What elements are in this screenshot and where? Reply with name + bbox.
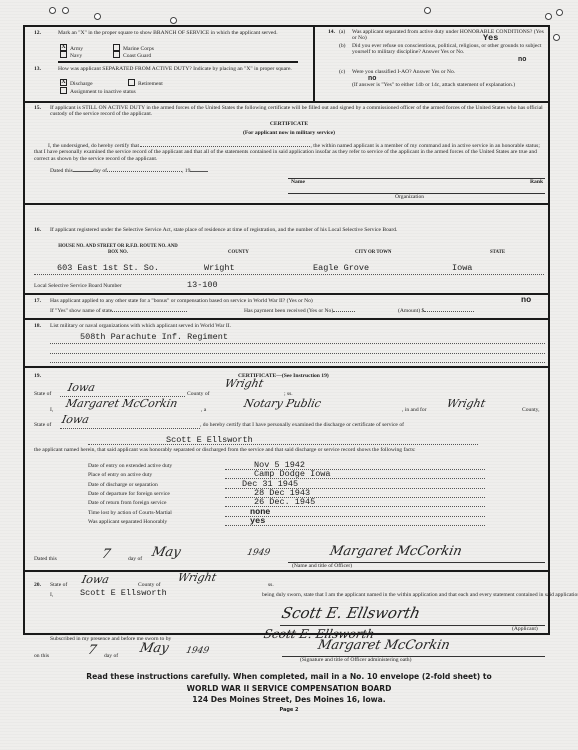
item14c-label: (c) [339,69,345,75]
item20-ss: ss. [268,582,274,588]
fact-label: Date of entry on extended active duty [88,463,172,469]
checkbox-navy[interactable] [60,51,67,58]
item14b-label: (b) [339,43,346,49]
item20-day-of: day of [104,653,118,659]
item15-rank-label: Rank [530,179,543,185]
item16-board-number[interactable]: 13-100 [187,280,218,290]
item19-state2-label: State of [34,422,51,428]
fact-label: Place of entry on active duty [88,472,152,478]
item19-i-label: I, [50,407,53,413]
item19-state[interactable]: Iowa [67,381,97,394]
item18-answer[interactable]: 508th Parachute Inf. Regiment [80,332,228,342]
item15-cert-title: CERTIFICATE [0,121,578,127]
item20-state-label: State of [50,582,67,588]
item20-number: 20. [34,582,41,588]
item15-member-name-field[interactable] [140,146,310,147]
item17-payment: Has payment been received (Yes or No) [244,308,355,314]
punch-hole [556,9,563,16]
item19-a-label: , a [201,407,206,413]
item20-applicant-caption: (Applicant) [512,626,538,632]
item20-day[interactable]: 7 [86,643,97,658]
item20-year[interactable]: 1949 [185,646,210,656]
checkbox-retirement[interactable] [128,79,135,86]
item17-amount-field[interactable] [424,311,474,312]
item19-month[interactable]: May [150,545,182,560]
item17-state-field[interactable] [112,311,187,312]
checkbox-discharge[interactable]: X [60,79,67,86]
document-page: 12. Mark an "X" in the proper square to … [0,0,578,750]
item17-number: 17. [34,298,41,304]
item17-payment-field[interactable] [333,311,355,312]
item12-number: 12. [34,30,41,36]
item15-cert-subtitle: (For applicant now in military service) [0,130,578,136]
punch-hole [94,13,101,20]
footer-instructions: Read these instructions carefully. When … [0,672,578,681]
item13-option-retirement[interactable]: Retirement [128,80,163,87]
item17-answer[interactable]: no [521,295,531,305]
item14-note: (If answer is "Yes" to either 14b or 14c… [352,82,547,88]
punch-hole [545,13,552,20]
item15-month-field[interactable] [107,171,182,172]
fact-label: Date of departure for foreign service [88,491,170,497]
item13-option-inactive[interactable]: Assignment to inactive status [60,88,136,95]
item15-dated: Dated thisday of, 19 [50,168,208,174]
item20-applicant-signature[interactable]: Scott E. Ellsworth [280,604,422,622]
item19-certify-text: , do hereby certify that I have personal… [200,422,404,428]
item14b-answer[interactable]: no [518,56,526,64]
punch-hole [170,17,177,24]
item15-day-field[interactable] [73,171,93,172]
punch-hole [49,7,56,14]
item13-number: 13. [34,66,41,72]
item19-dated-label: Dated this [34,556,57,562]
item19-county[interactable]: Wright [224,377,265,390]
item16-state[interactable]: Iowa [452,263,472,273]
punch-hole [553,34,560,41]
item16-number: 16. [34,227,41,233]
item16-col-county: COUNTY [228,250,249,256]
item14a-answer[interactable]: Yes [483,33,498,43]
item20-sworn-text-1: being duly sworn, state that I am the ap… [262,592,578,598]
item20-county[interactable]: Wright [177,571,218,584]
item19-state-label: State of [34,391,51,397]
item14b-text: Did you ever refuse on conscientious, po… [352,43,547,56]
item19-in-and-for: , in and for [402,407,427,413]
item15-name-label: Name [291,179,305,185]
item12-question: Mark an "X" in the proper square to show… [58,30,293,36]
item20-officer-signature[interactable]: Margaret McCorkin [316,638,451,653]
item15-intro: If applicant is STILL ON ACTIVE DUTY in … [50,105,545,118]
item18-question: List military or naval organizations wit… [50,323,231,329]
item14c-text: Were you classified I-AO? Answer Yes or … [352,69,547,75]
checkbox-coast-guard[interactable] [113,51,120,58]
item12-option-coast-guard[interactable]: Coast Guard [113,52,151,59]
item12-option-navy[interactable]: Navy [60,52,82,59]
item16-col-house: HOUSE NO. AND STREET OR R.F.D. ROUTE NO.… [58,244,178,255]
item13-question: How was applicant SEPARATED FROM ACTIVE … [58,66,298,72]
fact-label: Date of discharge or separation [88,482,158,488]
item19-number: 19. [34,373,41,379]
item14a-text: Was applicant separated from active duty… [352,29,547,42]
item16-col-state: STATE [490,250,505,256]
item19-county-label: County of [187,391,210,397]
item19-officer-name[interactable]: Margaret McCorkin [65,397,179,410]
item19-officer-title[interactable]: Notary Public [243,397,323,410]
footer-address: 124 Des Moines Street, Des Moines 16, Io… [0,695,578,704]
item20-on-this: on this [34,653,49,659]
item16-city[interactable]: Eagle Grove [313,263,369,273]
item16-board-label: Local Selective Service Board Number [34,283,122,289]
fact-label: Time lost by action of Courts-Martial [88,510,172,516]
item15-organization-label: Organization [395,194,424,200]
item19-day-of: day of [128,556,142,562]
footer-page: Page 2 [0,707,578,713]
item14a-label: (a) [339,29,345,35]
item17-amount: (Amount) $ [398,308,474,314]
item19-year[interactable]: 1949 [246,548,271,558]
fact-label: Date of return from foreign service [88,500,166,506]
checkbox-inactive-status[interactable] [60,87,67,94]
footer-board: WORLD WAR II SERVICE COMPENSATION BOARD [0,684,578,693]
item16-col-city: CITY OR TOWN [355,250,391,256]
item19-signature[interactable]: Margaret McCorkin [328,544,463,559]
item15-year-field[interactable] [190,171,208,172]
item18-number: 18. [34,323,41,329]
item16-question: If applicant registered under the Select… [50,227,545,233]
punch-hole [424,7,431,14]
item19-in-county[interactable]: Wright [446,397,487,410]
item16-county[interactable]: Wright [204,263,235,273]
item20-state[interactable]: Iowa [81,573,111,586]
item20-applicant-name[interactable]: Scott E Ellsworth [80,588,167,598]
fact-label: Was applicant separated Honorably [88,519,167,525]
item20-month[interactable]: May [138,641,170,656]
item20-i-label: I, [50,592,53,598]
item15-number: 15. [34,105,41,111]
item16-house[interactable]: 603 East 1st St. So. [57,263,159,273]
item19-state2[interactable]: Iowa [61,413,91,426]
item15-cert-text: I, the undersigned, do hereby certify th… [34,143,545,162]
item17-if-yes: If "Yes" show name of state [50,308,187,314]
item19-honorably-text: the applicant named herein, that said ap… [34,447,544,453]
item17-question: Has applicant applied to any other state… [50,298,313,304]
checkbox-marine-corps[interactable] [113,44,120,51]
punch-hole [62,7,69,14]
item14-number: 14. [328,29,335,35]
item20-officer-caption: (Signature and title of Officer administ… [300,657,411,663]
item19-signature-caption: (Name and title of Officer) [292,563,352,569]
item19-county-suffix: County, [522,407,540,413]
checkbox-army[interactable]: X [60,44,67,51]
